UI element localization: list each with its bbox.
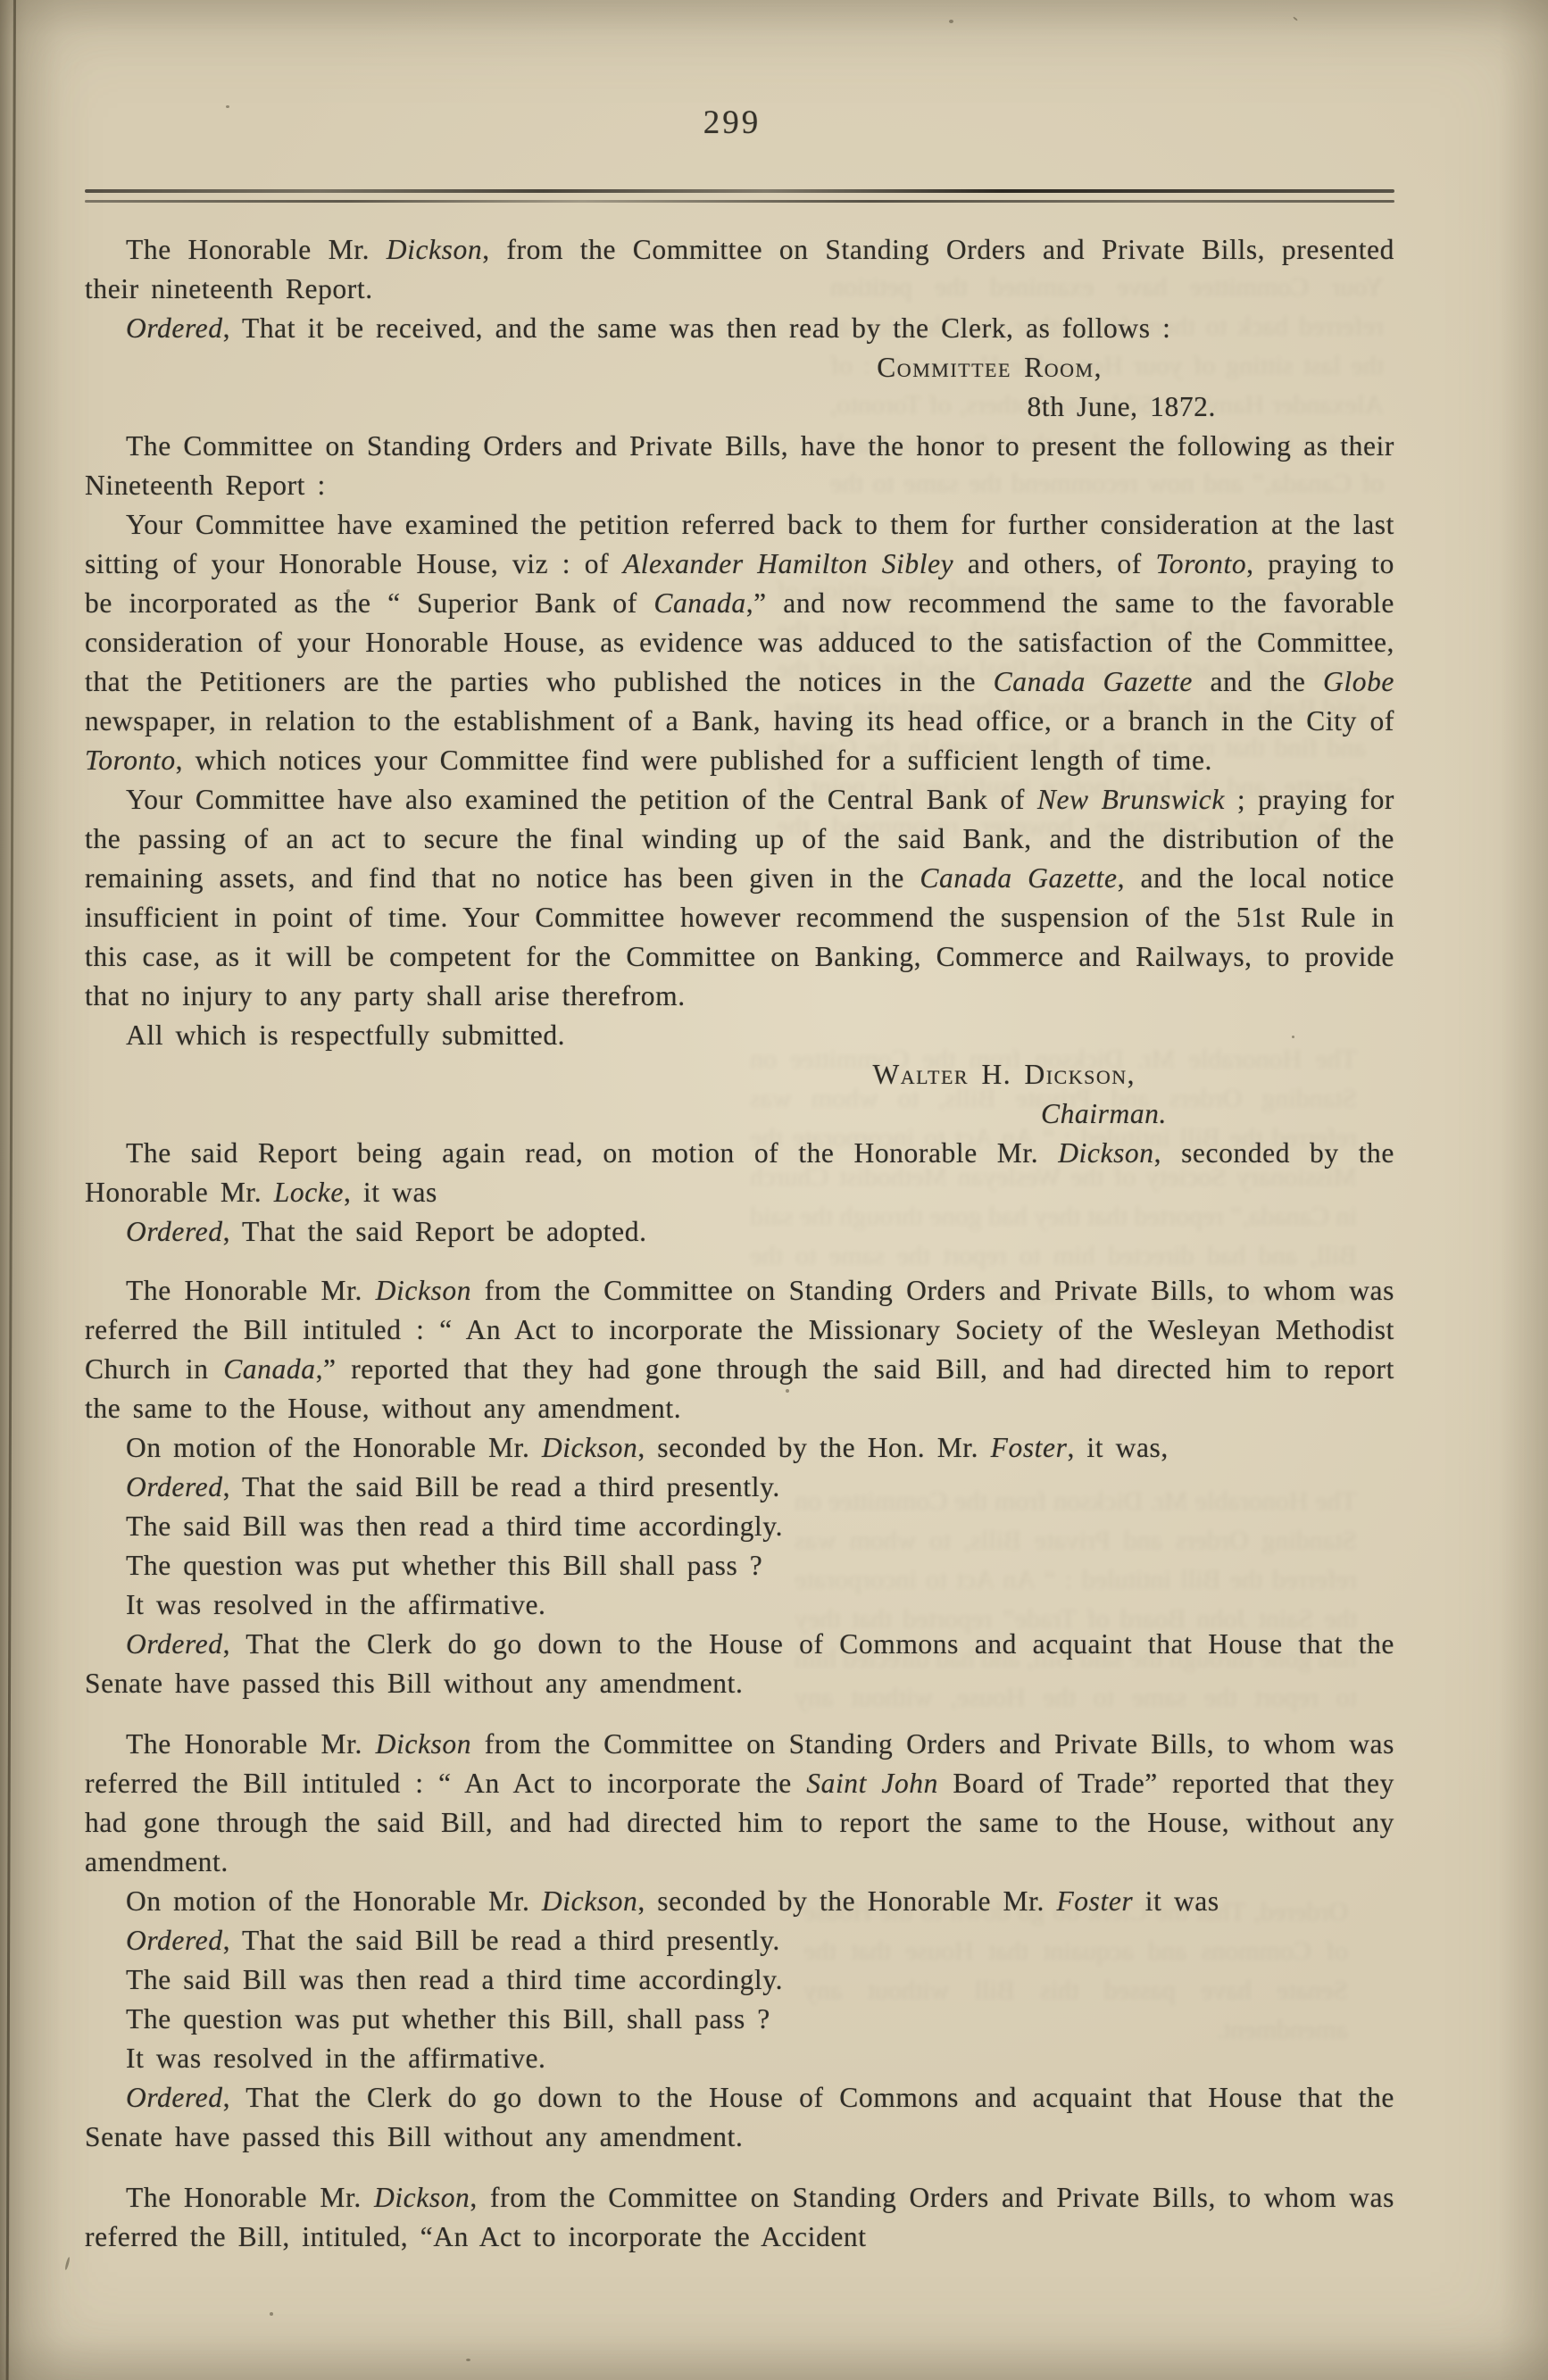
text-segment: , That the Clerk do go down to the House… <box>85 2082 1394 2152</box>
text-segment: Your Committee have also examined the pe… <box>126 784 1037 815</box>
text-segment: New Brunswick <box>1037 784 1225 815</box>
text-segment: On motion of the Honorable Mr. <box>126 1432 542 1463</box>
text-paragraph: On motion of the Honorable Mr. Dickson, … <box>85 1428 1394 1468</box>
text-segment: Saint John <box>806 1768 938 1799</box>
text-segment: Canada Gazette <box>920 862 1117 894</box>
right-aligned-line: Chairman. <box>85 1094 1167 1134</box>
ink-speck <box>1292 1036 1294 1038</box>
text-segment: Dickson <box>542 1885 637 1917</box>
text-paragraph: The Honorable Mr. Dickson from the Commi… <box>85 1725 1394 1882</box>
scanned-page: 299 The Honorable Mr. Dickson, from the … <box>0 0 1548 2380</box>
text-segment: Dickson <box>376 1275 471 1306</box>
text-segment: , That it be received, and the same was … <box>223 312 1171 344</box>
text-segment: Ordered <box>126 1216 223 1247</box>
text-segment: The Honorable Mr. <box>126 2182 374 2213</box>
text-segment: Canada Gazette <box>994 666 1193 697</box>
ink-speck <box>346 589 350 593</box>
text-paragraph: It was resolved in the affirmative. <box>85 2039 1394 2078</box>
text-segment: It was resolved in the affirmative. <box>126 2043 546 2074</box>
text-segment: The said Report being again read, on mot… <box>126 1137 1058 1169</box>
ink-speck <box>466 2359 470 2361</box>
text-segment: Alexander Hamilton Sibley <box>623 548 953 579</box>
text-segment: Ordered <box>126 312 223 344</box>
text-segment: The said Bill was then read a third time… <box>126 1964 783 1995</box>
text-segment: 8th June, 1872. <box>1028 391 1217 422</box>
right-aligned-line: Walter H. Dickson, <box>85 1055 1136 1094</box>
text-segment: Dickson <box>376 1728 471 1760</box>
binding-edge-line <box>6 0 16 2380</box>
text-segment: , That the said Bill be read a third pre… <box>223 1925 780 1956</box>
text-segment: , That the said Bill be read a third pre… <box>223 1471 780 1502</box>
text-segment: It was resolved in the affirmative. <box>126 1589 546 1620</box>
text-segment: , seconded by the Honorable Mr. <box>637 1885 1056 1917</box>
text-segment: Toronto <box>85 745 176 776</box>
text-segment: , That the Clerk do go down to the House… <box>85 1628 1394 1699</box>
text-segment: Committee Room, <box>877 352 1103 383</box>
text-segment: , which notices your Committee find were… <box>176 745 1212 776</box>
text-paragraph: The said Bill was then read a third time… <box>85 1507 1394 1546</box>
text-segment: The Committee on Standing Orders and Pri… <box>85 430 1394 501</box>
text-paragraph: On motion of the Honorable Mr. Dickson, … <box>85 1882 1394 1921</box>
text-segment: , it was, <box>1067 1432 1168 1463</box>
text-segment: and others, of <box>953 548 1155 579</box>
text-segment: Globe <box>1323 666 1394 697</box>
text-paragraph: The question was put whether this Bill s… <box>85 1546 1394 1585</box>
text-segment: Canada <box>653 587 745 619</box>
text-paragraph: The Honorable Mr. Dickson from the Commi… <box>85 1271 1394 1428</box>
ink-speck <box>270 2312 273 2316</box>
text-segment: Ordered <box>126 1471 223 1502</box>
text-paragraph: The Honorable Mr. Dickson, from the Comm… <box>85 2178 1394 2257</box>
ink-speck <box>64 2257 71 2270</box>
text-paragraph: The Committee on Standing Orders and Pri… <box>85 427 1394 505</box>
text-paragraph: All which is respectfully submitted. <box>85 1016 1394 1055</box>
text-segment: The question was put whether this Bill, … <box>126 2003 770 2035</box>
text-segment: , seconded by the Hon. Mr. <box>637 1432 990 1463</box>
right-aligned-line: 8th June, 1872. <box>85 387 1216 427</box>
text-segment: Dickson <box>1058 1137 1153 1169</box>
text-segment: The question was put whether this Bill s… <box>126 1550 762 1581</box>
text-segment: it was <box>1133 1885 1219 1917</box>
text-segment: Walter H. Dickson, <box>873 1059 1136 1090</box>
text-segment: and the <box>1193 666 1323 697</box>
ink-speck <box>1293 16 1298 21</box>
text-segment: Locke <box>274 1177 344 1208</box>
text-segment: Foster <box>1056 1885 1133 1917</box>
text-segment: Dickson <box>542 1432 637 1463</box>
page-text: The Honorable Mr. Dickson, from the Comm… <box>85 230 1394 2257</box>
text-segment: The said Bill was then read a third time… <box>126 1510 783 1542</box>
right-aligned-line: Committee Room, <box>85 348 1103 387</box>
horizontal-rule-top <box>85 189 1394 193</box>
text-segment: The Honorable Mr. <box>126 1728 376 1760</box>
text-paragraph: The said Report being again read, on mot… <box>85 1134 1394 1212</box>
text-segment: newspaper, in relation to the establishm… <box>85 705 1394 736</box>
text-paragraph: Ordered, That the said Bill be read a th… <box>85 1468 1394 1507</box>
text-paragraph: Ordered, That the said Bill be read a th… <box>85 1921 1394 1960</box>
text-segment: , That the said Report be adopted. <box>223 1216 647 1247</box>
text-segment: On motion of the Honorable Mr. <box>126 1885 542 1917</box>
text-paragraph: Ordered, That it be received, and the sa… <box>85 309 1394 348</box>
text-segment: The Honorable Mr. <box>126 234 387 265</box>
text-segment: Ordered <box>126 1925 223 1956</box>
text-paragraph: Ordered, That the Clerk do go down to th… <box>85 2078 1394 2157</box>
text-paragraph: The question was put whether this Bill, … <box>85 2000 1394 2039</box>
text-segment: Toronto <box>1156 548 1247 579</box>
text-paragraph: It was resolved in the affirmative. <box>85 1585 1394 1625</box>
ink-speck <box>226 105 229 108</box>
text-segment: Foster <box>991 1432 1068 1463</box>
text-paragraph: The said Bill was then read a third time… <box>85 1960 1394 2000</box>
ink-speck <box>949 20 953 23</box>
text-segment: Ordered <box>126 1628 223 1660</box>
text-paragraph: Your Committee have examined the petitio… <box>85 505 1394 780</box>
text-paragraph: Ordered, That the Clerk do go down to th… <box>85 1625 1394 1703</box>
text-segment: Dickson <box>387 234 482 265</box>
text-paragraph: Ordered, That the said Report be adopted… <box>85 1212 1394 1252</box>
text-segment: All which is respectfully submitted. <box>126 1019 565 1051</box>
text-segment: The Honorable Mr. <box>126 1275 376 1306</box>
text-paragraph: The Honorable Mr. Dickson, from the Comm… <box>85 230 1394 309</box>
horizontal-rule-bottom <box>85 200 1394 203</box>
ink-speck <box>786 1389 789 1393</box>
text-segment: Ordered <box>126 2082 223 2113</box>
text-paragraph: Your Committee have also examined the pe… <box>85 780 1394 1016</box>
page-number: 299 <box>0 104 1464 142</box>
text-segment: Canada <box>223 1353 315 1385</box>
text-segment: , it was <box>344 1177 437 1208</box>
header-double-rule <box>85 189 1394 203</box>
text-segment: Dickson <box>374 2182 470 2213</box>
text-segment: Chairman. <box>1041 1098 1167 1129</box>
